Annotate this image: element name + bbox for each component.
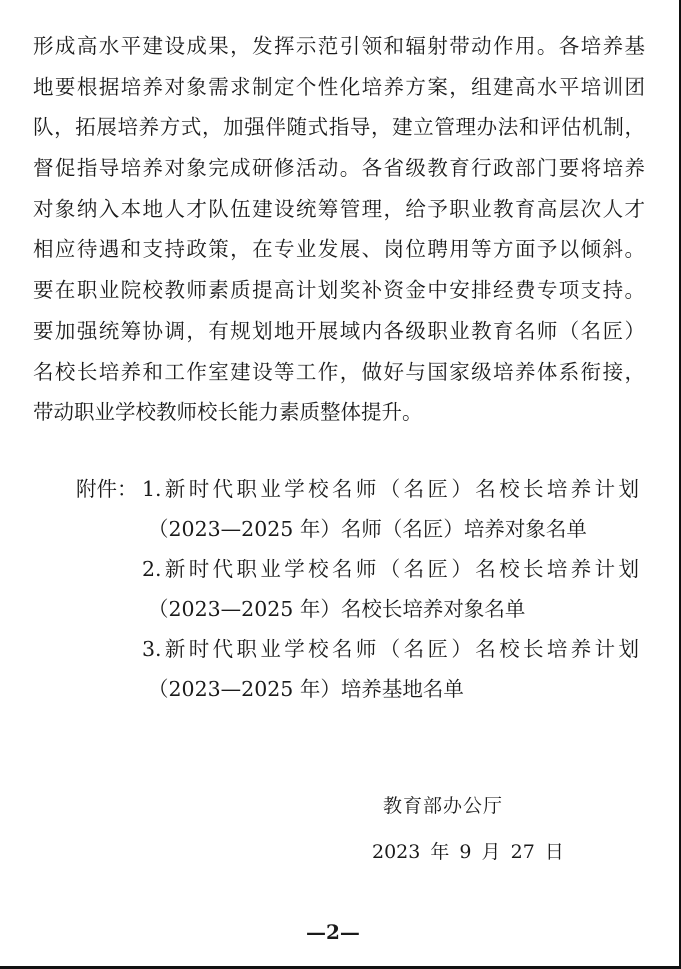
issuer-signature: 教育部办公厅 bbox=[383, 790, 503, 822]
attachment-continuation: （2023—2025 年）名校长培养对象名单 bbox=[76, 589, 641, 629]
attachments-list: 附件： 1.新时代职业学校名师（名匠）名校长培养计划 （2023—2025 年）… bbox=[76, 469, 641, 709]
body-line: 地要根据培养对象需求制定个性化培养方案，组建高水平培训团 bbox=[33, 67, 645, 108]
attachment-subtitle: （2023—2025 年）名师（名匠）培养对象名单 bbox=[148, 509, 587, 549]
attachment-continuation: （2023—2025 年）培养基地名单 bbox=[76, 669, 641, 709]
body-line: 要加强统筹协调，有规划地开展域内各级职业教育名师（名匠） bbox=[33, 311, 645, 352]
body-paragraph: 形成高水平建设成果，发挥示范引领和辐射带动作用。各培养基 地要根据培养对象需求制… bbox=[33, 26, 645, 433]
body-line: 要在职业院校教师素质提高计划奖补资金中安排经费专项支持。 bbox=[33, 270, 645, 311]
body-line: 形成高水平建设成果，发挥示范引领和辐射带动作用。各培养基 bbox=[33, 26, 645, 67]
page-number: —2— bbox=[306, 918, 360, 946]
attachment-continuation: （2023—2025 年）名师（名匠）培养对象名单 bbox=[76, 509, 641, 549]
attachment-item-3: 3.新时代职业学校名师（名匠）名校长培养计划 bbox=[76, 629, 641, 669]
attachment-title: 1.新时代职业学校名师（名匠）名校长培养计划 bbox=[142, 469, 639, 509]
body-line: 名校长培养和工作室建设等工作，做好与国家级培养体系衔接， bbox=[33, 352, 645, 393]
body-line: 对象纳入本地人才队伍建设统筹管理，给予职业教育高层次人才 bbox=[33, 189, 645, 230]
attachment-title: 2.新时代职业学校名师（名匠）名校长培养计划 bbox=[142, 549, 639, 589]
attachment-title: 3.新时代职业学校名师（名匠）名校长培养计划 bbox=[142, 629, 639, 669]
body-line: 督促指导培养对象完成研修活动。各省级教育行政部门要将培养 bbox=[33, 148, 645, 189]
attachments-label: 附件： bbox=[76, 469, 138, 509]
attachment-subtitle: （2023—2025 年）名校长培养对象名单 bbox=[148, 589, 525, 629]
body-line: 队，拓展培养方式，加强伴随式指导，建立管理办法和评估机制， bbox=[33, 107, 645, 148]
body-line: 带动职业学校教师校长能力素质整体提升。 bbox=[33, 392, 645, 433]
attachment-item-1: 附件： 1.新时代职业学校名师（名匠）名校长培养计划 bbox=[76, 469, 641, 509]
issue-date: 2023 年 9 月 27 日 bbox=[372, 836, 564, 868]
body-line: 相应待遇和支持政策，在专业发展、岗位聘用等方面予以倾斜。 bbox=[33, 229, 645, 270]
attachment-item-2: 2.新时代职业学校名师（名匠）名校长培养计划 bbox=[76, 549, 641, 589]
attachment-subtitle: （2023—2025 年）培养基地名单 bbox=[148, 669, 464, 709]
